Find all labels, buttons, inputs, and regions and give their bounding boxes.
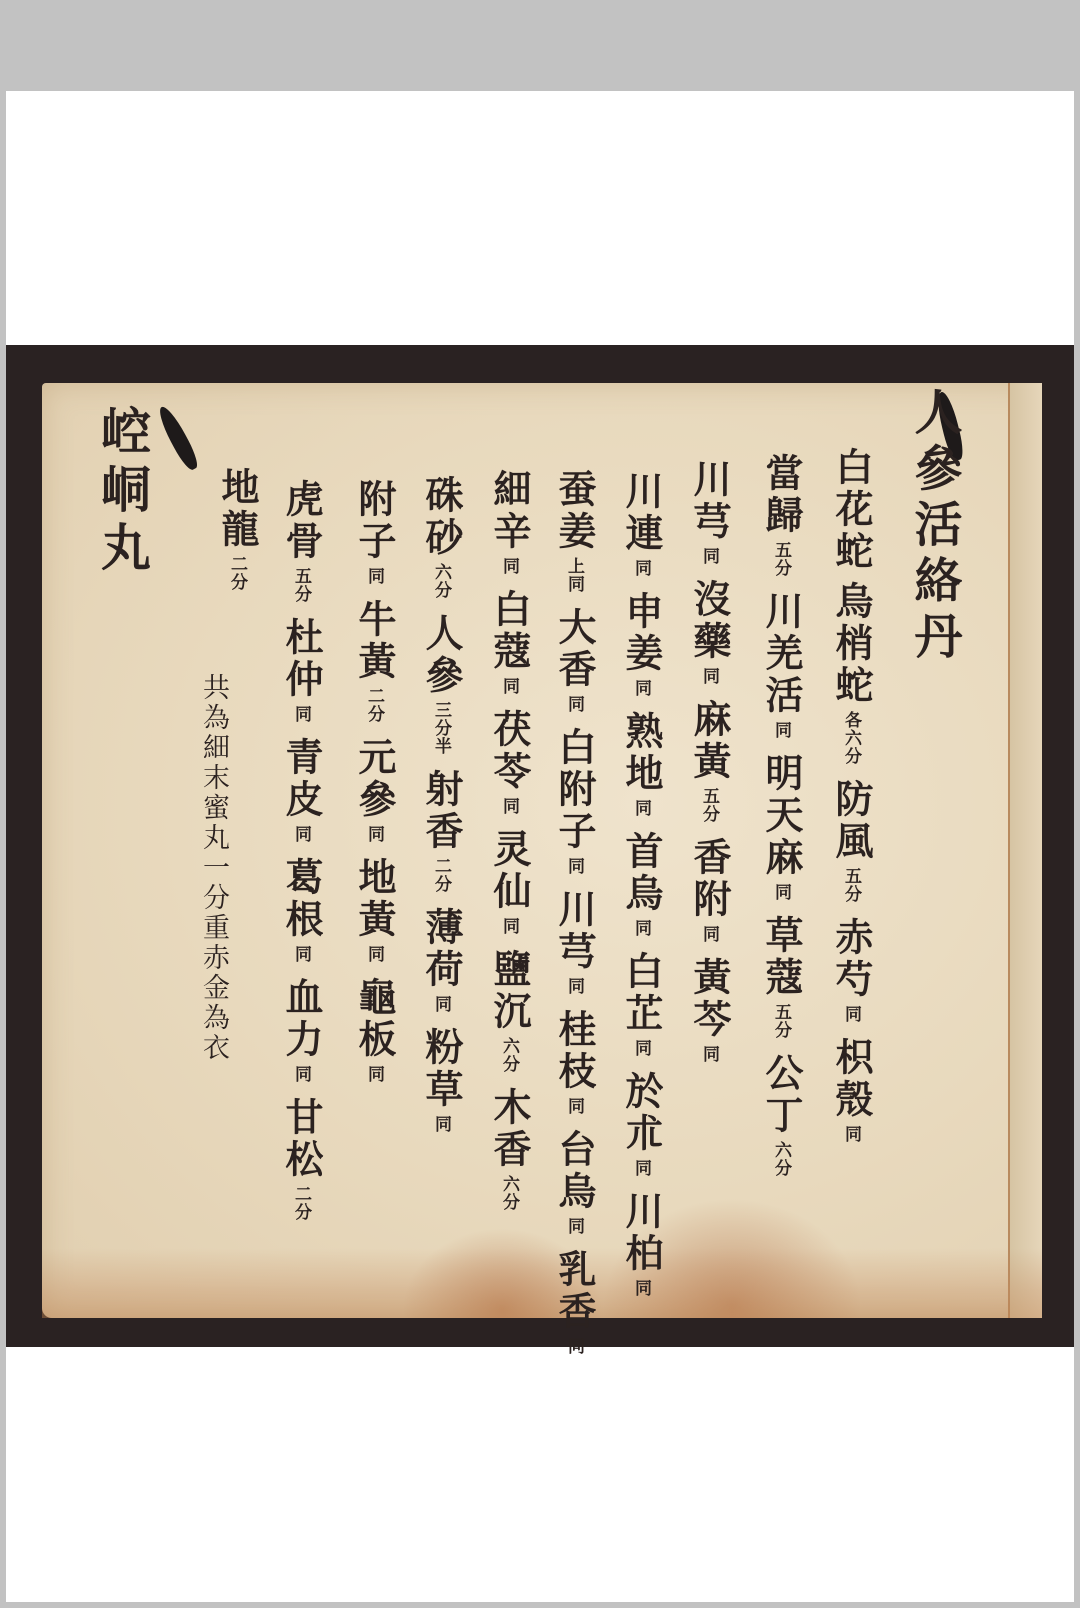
herb-name: 地黃 bbox=[352, 857, 397, 941]
herb-name: 烏梢蛇 bbox=[829, 581, 874, 707]
herb-dose: 五分 bbox=[841, 867, 861, 903]
ingredient-column: 當歸五分川羌活同明天麻同草蔻五分公丁六分 bbox=[754, 453, 809, 1191]
herb-dose: 同 bbox=[631, 679, 651, 697]
herb-name: 元參 bbox=[352, 737, 397, 821]
herb-dose: 同 bbox=[431, 995, 451, 1013]
herb-dose: 同 bbox=[291, 825, 311, 843]
worn-bottom-edge bbox=[42, 1248, 1042, 1318]
viewer-top-band bbox=[0, 0, 1080, 90]
herb-name: 桂枝 bbox=[552, 1009, 597, 1093]
herb-name: 白附子 bbox=[552, 727, 597, 853]
herb-name: 枳殼 bbox=[829, 1037, 874, 1121]
manuscript-scan: 人參活絡丹 白花蛇烏梢蛇各六分防風五分赤芍同枳殼同當歸五分川羌活同明天麻同草蔻五… bbox=[6, 345, 1074, 1347]
herb-dose: 三分半 bbox=[431, 701, 451, 755]
ingredient-column: 虎骨五分杜仲同青皮同葛根同血力同甘松二分 bbox=[274, 479, 329, 1235]
herb-name: 川柏 bbox=[619, 1191, 664, 1275]
herb-name: 首烏 bbox=[619, 831, 664, 915]
herb-name: 明天麻 bbox=[759, 753, 804, 879]
herb-name: 川芎 bbox=[687, 459, 732, 543]
herb-name: 細辛 bbox=[487, 469, 532, 553]
herb-dose: 同 bbox=[631, 1279, 651, 1297]
herb-dose: 同 bbox=[631, 559, 651, 577]
herb-dose: 同 bbox=[431, 1115, 451, 1133]
herb-dose: 同 bbox=[699, 925, 719, 943]
formula-title-2: 崆峒丸 bbox=[86, 405, 158, 579]
herb-dose: 同 bbox=[699, 667, 719, 685]
herb-dose: 同 bbox=[699, 1045, 719, 1063]
formula-title: 人參活絡丹 bbox=[900, 387, 969, 667]
herb-dose: 同 bbox=[499, 797, 519, 815]
herb-name: 葛根 bbox=[279, 857, 324, 941]
herb-dose: 二分 bbox=[431, 857, 451, 893]
herb-name: 川芎 bbox=[552, 889, 597, 973]
herb-dose: 上同 bbox=[564, 557, 584, 593]
herb-name: 防風 bbox=[829, 779, 874, 863]
herb-dose: 同 bbox=[631, 919, 651, 937]
herb-dose: 同 bbox=[631, 799, 651, 817]
herb-name: 白花蛇 bbox=[829, 447, 874, 573]
herb-dose: 六分 bbox=[771, 1141, 791, 1177]
herb-name: 茯苓 bbox=[487, 709, 532, 793]
ingredient-column: 白花蛇烏梢蛇各六分防風五分赤芍同枳殼同 bbox=[824, 447, 879, 1157]
herb-name: 當歸 bbox=[759, 453, 804, 537]
herb-name: 麻黃 bbox=[687, 699, 732, 783]
herb-dose: 同 bbox=[631, 1039, 651, 1057]
ingredient-column: 川芎同沒藥同麻黃五分香附同黃芩同 bbox=[682, 459, 737, 1077]
herb-name: 蚕姜 bbox=[552, 469, 597, 553]
herb-dose: 六分 bbox=[499, 1175, 519, 1211]
herb-dose: 同 bbox=[771, 721, 791, 739]
herb-dose: 同 bbox=[771, 883, 791, 901]
herb-dose: 同 bbox=[564, 1337, 584, 1355]
herb-dose: 五分 bbox=[291, 567, 311, 603]
herb-name: 粉草 bbox=[419, 1027, 464, 1111]
herb-dose: 同 bbox=[699, 547, 719, 565]
herb-dose: 同 bbox=[291, 705, 311, 723]
herb-name: 白蔻 bbox=[487, 589, 532, 673]
herb-dose: 二分 bbox=[227, 555, 247, 591]
herb-name: 人參 bbox=[419, 613, 464, 697]
herb-name: 台烏 bbox=[552, 1129, 597, 1213]
herb-name: 甘松 bbox=[279, 1097, 324, 1181]
herb-name: 射香 bbox=[419, 769, 464, 853]
herb-name: 草蔻 bbox=[759, 915, 804, 999]
herb-name: 黃芩 bbox=[687, 957, 732, 1041]
herb-dose: 同 bbox=[564, 977, 584, 995]
herb-name: 熟地 bbox=[619, 711, 664, 795]
herb-dose: 各六分 bbox=[841, 711, 861, 765]
herb-dose: 五分 bbox=[771, 1003, 791, 1039]
herb-name: 木香 bbox=[487, 1087, 532, 1171]
manuscript-page: 人參活絡丹 白花蛇烏梢蛇各六分防風五分赤芍同枳殼同當歸五分川羌活同明天麻同草蔻五… bbox=[42, 383, 1042, 1318]
herb-name: 於朮 bbox=[619, 1071, 664, 1155]
next-page-edge bbox=[1008, 383, 1042, 1318]
herb-name: 公丁 bbox=[759, 1053, 804, 1137]
herb-name: 龜板 bbox=[352, 977, 397, 1061]
herb-name: 牛黃 bbox=[352, 599, 397, 683]
herb-name: 杜仲 bbox=[279, 617, 324, 701]
herb-dose: 同 bbox=[564, 1097, 584, 1115]
ingredient-column: 細辛同白蔻同茯苓同灵仙同鹽沉六分木香六分 bbox=[482, 469, 537, 1225]
herb-name: 赤芍 bbox=[829, 917, 874, 1001]
herb-name: 川連 bbox=[619, 471, 664, 555]
herb-dose: 同 bbox=[364, 825, 384, 843]
herb-name: 白芷 bbox=[619, 951, 664, 1035]
title-mark-icon bbox=[155, 403, 202, 472]
herb-name: 沒藥 bbox=[687, 579, 732, 663]
herb-name: 申姜 bbox=[619, 591, 664, 675]
herb-dose: 五分 bbox=[699, 787, 719, 823]
herb-name: 川羌活 bbox=[759, 591, 804, 717]
herb-name: 鹽沉 bbox=[487, 949, 532, 1033]
herb-name: 虎骨 bbox=[279, 479, 324, 563]
herb-dose: 同 bbox=[364, 1065, 384, 1083]
herb-name: 乳香 bbox=[552, 1249, 597, 1333]
herb-name: 大香 bbox=[552, 607, 597, 691]
herb-dose: 同 bbox=[499, 557, 519, 575]
ingredient-column: 地龍二分 bbox=[210, 467, 265, 605]
herb-name: 血力 bbox=[279, 977, 324, 1061]
herb-dose: 同 bbox=[841, 1125, 861, 1143]
ingredient-column: 川連同申姜同熟地同首烏同白芷同於朮同川柏同 bbox=[614, 471, 669, 1311]
herb-name: 香附 bbox=[687, 837, 732, 921]
herb-dose: 二分 bbox=[291, 1185, 311, 1221]
herb-dose: 同 bbox=[291, 945, 311, 963]
herb-dose: 六分 bbox=[499, 1037, 519, 1073]
ingredient-column: 硃砂六分人參三分半射香二分薄荷同粉草同 bbox=[414, 475, 469, 1147]
herb-dose: 同 bbox=[499, 677, 519, 695]
herb-dose: 五分 bbox=[771, 541, 791, 577]
herb-dose: 同 bbox=[564, 695, 584, 713]
herb-dose: 二分 bbox=[364, 687, 384, 723]
herb-name: 薄荷 bbox=[419, 907, 464, 991]
ingredient-column: 附子同牛黃二分元參同地黃同龜板同 bbox=[347, 479, 402, 1097]
preparation-instructions: 共為細末蜜丸一分重赤金為衣 bbox=[194, 673, 233, 1063]
herb-dose: 同 bbox=[291, 1065, 311, 1083]
herb-dose: 同 bbox=[499, 917, 519, 935]
herb-name: 青皮 bbox=[279, 737, 324, 821]
herb-name: 灵仙 bbox=[487, 829, 532, 913]
herb-name: 附子 bbox=[352, 479, 397, 563]
herb-name: 地龍 bbox=[215, 467, 260, 551]
herb-dose: 六分 bbox=[431, 563, 451, 599]
herb-dose: 同 bbox=[364, 945, 384, 963]
ingredient-column: 蚕姜上同大香同白附子同川芎同桂枝同台烏同乳香同 bbox=[547, 469, 602, 1369]
herb-dose: 同 bbox=[564, 1217, 584, 1235]
herb-dose: 同 bbox=[564, 857, 584, 875]
herb-name: 硃砂 bbox=[419, 475, 464, 559]
herb-dose: 同 bbox=[364, 567, 384, 585]
herb-dose: 同 bbox=[631, 1159, 651, 1177]
herb-dose: 同 bbox=[841, 1005, 861, 1023]
